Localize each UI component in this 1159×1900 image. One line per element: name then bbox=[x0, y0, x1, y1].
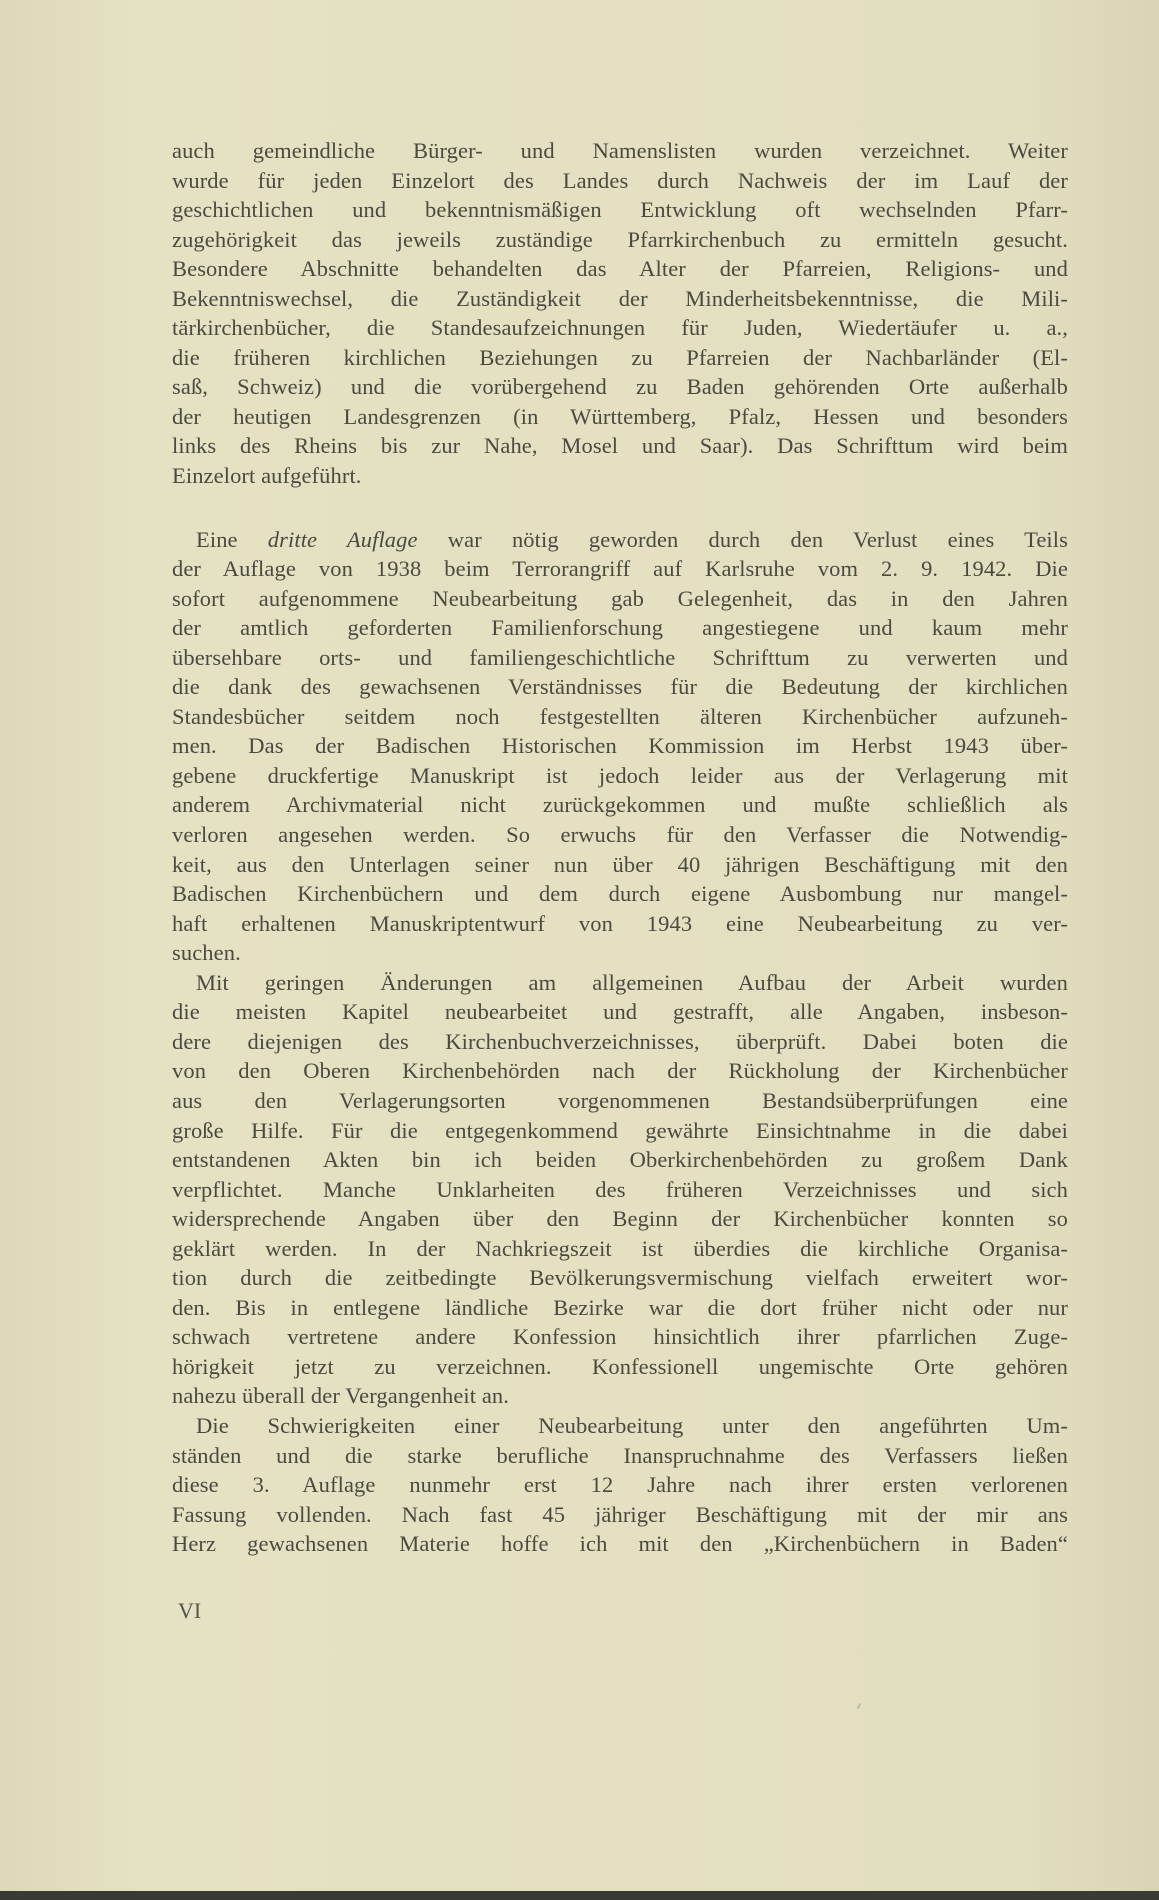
text-line: übersehbare orts- und familiengeschichtl… bbox=[172, 643, 1068, 673]
text-line: keit, aus den Unterlagen seiner nun über… bbox=[172, 850, 1068, 880]
scan-speck bbox=[857, 1703, 861, 1709]
text-line: wurde für jeden Einzelort des Landes dur… bbox=[172, 166, 1068, 196]
text-line: diese 3. Auflage nunmehr erst 12 Jahre n… bbox=[172, 1470, 1068, 1500]
text-line: suchen. bbox=[172, 938, 1068, 968]
text-line: Badischen Kirchenbüchern und dem durch e… bbox=[172, 879, 1068, 909]
text-line: von den Oberen Kirchenbehörden nach der … bbox=[172, 1056, 1068, 1086]
text-line-first: Eine dritte Auflage war nötig geworden d… bbox=[172, 525, 1068, 555]
text-line: widersprechende Angaben über den Beginn … bbox=[172, 1204, 1068, 1234]
text-line: tärkirchenbücher, die Standesaufzeichnun… bbox=[172, 313, 1068, 343]
text-line: entstandenen Akten bin ich beiden Oberki… bbox=[172, 1145, 1068, 1175]
text-line: geschichtlichen und bekenntnismäßigen En… bbox=[172, 195, 1068, 225]
text-line: Standesbücher seitdem noch festgestellte… bbox=[172, 702, 1068, 732]
text-line: tion durch die zeitbedingte Bevölkerungs… bbox=[172, 1263, 1068, 1293]
text-line: Die Schwierigkeiten einer Neubearbeitung… bbox=[172, 1411, 1068, 1441]
text-line: nahezu überall der Vergangenheit an. bbox=[172, 1381, 1068, 1411]
text-line: geklärt werden. In der Nachkriegszeit is… bbox=[172, 1234, 1068, 1264]
paragraph-1: auch gemeindliche Bürger- und Namenslist… bbox=[172, 136, 1068, 491]
document-page: auch gemeindliche Bürger- und Namenslist… bbox=[172, 136, 1068, 1559]
text-line: Fassung vollenden. Nach fast 45 jähriger… bbox=[172, 1500, 1068, 1530]
page-bottom-edge bbox=[0, 1891, 1159, 1900]
text-line: Mit geringen Änderungen am allgemeinen A… bbox=[172, 968, 1068, 998]
text-line: die früheren kirchlichen Beziehungen zu … bbox=[172, 343, 1068, 373]
text-line: schwach vertretene andere Konfession hin… bbox=[172, 1322, 1068, 1352]
text-line: verpflichtet. Manche Unklarheiten des fr… bbox=[172, 1175, 1068, 1205]
text-line: der heutigen Landesgrenzen (in Württembe… bbox=[172, 402, 1068, 432]
paragraph-3: Mit geringen Änderungen am allgemeinen A… bbox=[172, 968, 1068, 1411]
paragraph-2: Eine dritte Auflage war nötig geworden d… bbox=[172, 525, 1068, 968]
text-line: die meisten Kapitel neubearbeitet und ge… bbox=[172, 997, 1068, 1027]
text-line: auch gemeindliche Bürger- und Namenslist… bbox=[172, 136, 1068, 166]
text-line: aus den Verlagerungsorten vorgenommenen … bbox=[172, 1086, 1068, 1116]
text-line: große Hilfe. Für die entgegenkommend gew… bbox=[172, 1116, 1068, 1146]
text-line: links des Rheins bis zur Nahe, Mosel und… bbox=[172, 431, 1068, 461]
text-line: Bekenntniswechsel, die Zuständigkeit der… bbox=[172, 284, 1068, 314]
paragraph-4: Die Schwierigkeiten einer Neubearbeitung… bbox=[172, 1411, 1068, 1559]
text-line: zugehörigkeit das jeweils zuständige Pfa… bbox=[172, 225, 1068, 255]
text-line: dere diejenigen des Kirchenbuchverzeichn… bbox=[172, 1027, 1068, 1057]
text-line: men. Das der Badischen Historischen Komm… bbox=[172, 731, 1068, 761]
text-line: Besondere Abschnitte behandelten das Alt… bbox=[172, 254, 1068, 284]
text-line: sofort aufgenommene Neubearbeitung gab G… bbox=[172, 584, 1068, 614]
text-line: die dank des gewachsenen Verständnisses … bbox=[172, 672, 1068, 702]
text-line: hörigkeit jetzt zu verzeichnen. Konfessi… bbox=[172, 1352, 1068, 1382]
text-line: der Auflage von 1938 beim Terrorangriff … bbox=[172, 554, 1068, 584]
text-line: den. Bis in entlegene ländliche Bezirke … bbox=[172, 1293, 1068, 1323]
paragraph-gap bbox=[172, 491, 1068, 525]
text-line: saß, Schweiz) und die vorübergehend zu B… bbox=[172, 372, 1068, 402]
text-line: haft erhaltenen Manuskriptentwurf von 19… bbox=[172, 909, 1068, 939]
page-number: VI bbox=[178, 1598, 201, 1624]
text-run: war nötig geworden durch den Verlust ein… bbox=[418, 527, 1068, 552]
text-line: ständen und die starke berufliche Inansp… bbox=[172, 1441, 1068, 1471]
text-line: Herz gewachsenen Materie hoffe ich mit d… bbox=[172, 1529, 1068, 1559]
text-line: Einzelort aufgeführt. bbox=[172, 461, 1068, 491]
text-line: verloren angesehen werden. So erwuchs fü… bbox=[172, 820, 1068, 850]
italic-emphasis: dritte Auflage bbox=[268, 527, 418, 552]
text-run: Eine bbox=[196, 527, 268, 552]
text-line: gebene druckfertige Manuskript ist jedoc… bbox=[172, 761, 1068, 791]
text-line: der amtlich geforderten Familienforschun… bbox=[172, 613, 1068, 643]
text-line: anderem Archivmaterial nicht zurückgekom… bbox=[172, 790, 1068, 820]
